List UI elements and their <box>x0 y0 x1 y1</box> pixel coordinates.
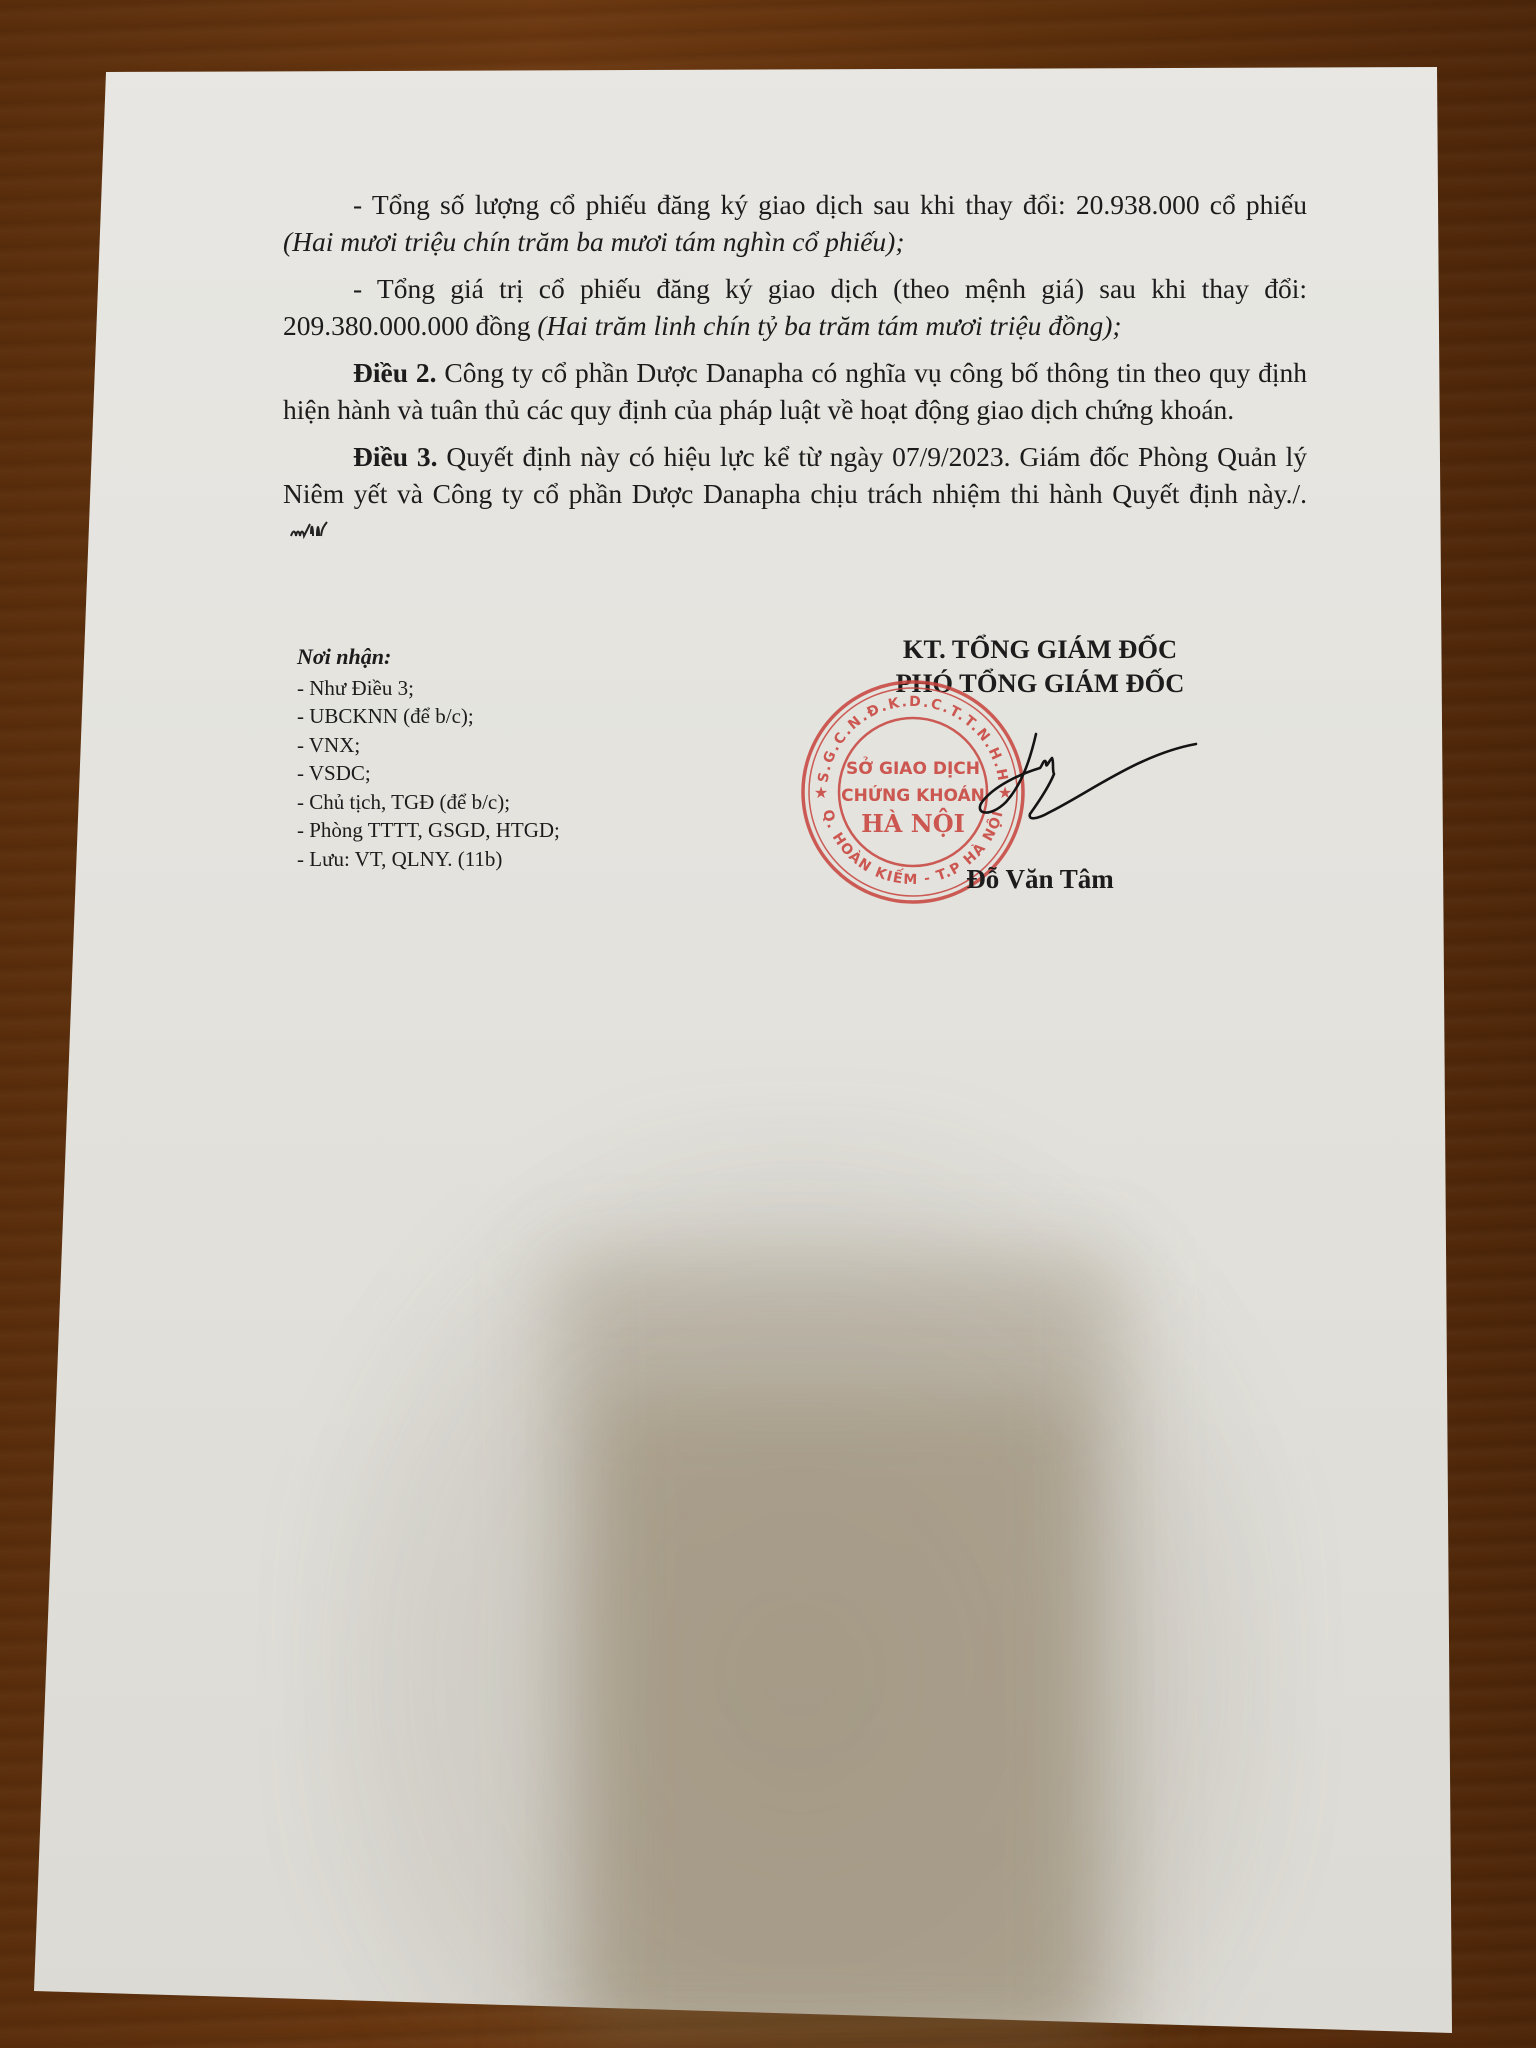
paragraph-share-quantity: - Tổng số lượng cổ phiếu đăng ký giao dị… <box>283 186 1307 260</box>
article-3: Điều 3. Quyết định này có hiệu lực kể từ… <box>283 438 1307 549</box>
recipient-item: - Phòng TTTT, GSGD, HTGD; <box>297 816 560 845</box>
recipient-item: - UBCKNN (để b/c); <box>297 702 560 731</box>
recipient-item: - VSDC; <box>297 759 560 788</box>
svg-text:★: ★ <box>814 783 828 802</box>
document-body: - Tổng số lượng cổ phiếu đăng ký giao dị… <box>283 186 1307 559</box>
recipient-item: - Chủ tịch, TGĐ (để b/c); <box>297 788 560 817</box>
recipients-block: Nơi nhận: - Như Điều 3; - UBCKNN (để b/c… <box>297 643 560 873</box>
signature-title-line1: KT. TỔNG GIÁM ĐỐC <box>860 632 1220 666</box>
initials-mark-icon <box>289 518 339 544</box>
article-2: Điều 2. Công ty cổ phần Dược Danapha có … <box>283 354 1307 428</box>
svg-text:HÀ NỘI: HÀ NỘI <box>861 808 965 838</box>
recipients-list: - Như Điều 3; - UBCKNN (để b/c); - VNX; … <box>297 674 560 874</box>
recipient-item: - VNX; <box>297 731 560 760</box>
recipients-title: Nơi nhận: <box>297 643 560 672</box>
signer-name: Đỗ Văn Tâm <box>860 864 1220 895</box>
recipient-item: - Lưu: VT, QLNY. (11b) <box>297 845 560 874</box>
handwritten-signature-icon <box>960 710 1220 840</box>
paragraph-share-value: - Tổng giá trị cổ phiếu đăng ký giao dịc… <box>283 270 1307 344</box>
recipient-item: - Như Điều 3; <box>297 674 560 703</box>
